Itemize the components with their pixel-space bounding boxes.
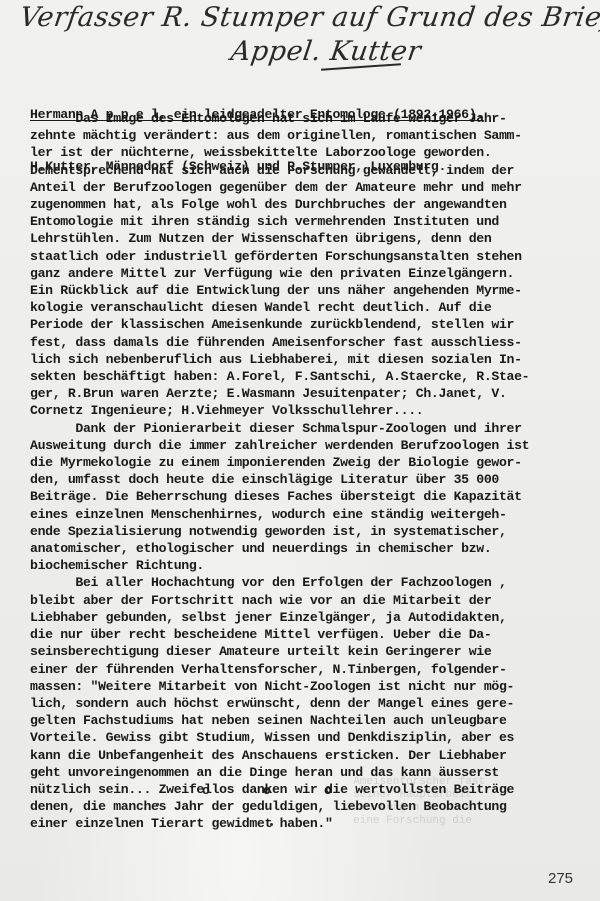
text-line: lich sich nebenberuflich aus Liebhaberei… (30, 351, 529, 368)
text-line: kologie veranschaulicht diesen Wandel re… (30, 299, 529, 316)
text-line: bleibt aber der Fortschritt nach wie vor… (30, 592, 529, 609)
text-line: Cornetz Ingenieure; H.Viehmeyer Volkssch… (30, 402, 529, 419)
text-line: Entomologie mit ihren ständig sich verme… (30, 213, 529, 230)
text-line: Lehrstühlen. Zum Nutzen der Wissenschaft… (30, 230, 529, 247)
paragraph: Dank der Pionierarbeit dieser Schmalspur… (30, 420, 529, 575)
text-line: Ausweitung durch die immer zahlreicher w… (30, 437, 529, 454)
text-line: lich, sondern auch höchst erwünscht, den… (30, 695, 529, 712)
text-line: Periode der klassischen Ameisenkunde zur… (30, 316, 529, 333)
text-line: Vorteile. Gewiss gibt Studium, Wissen un… (30, 729, 529, 746)
text-line: die Myrmekologie zu einem imponierenden … (30, 454, 529, 471)
text-line: Anteil der Berufzoologen gegenüber dem d… (30, 179, 529, 196)
text-line: zehnte mächtig verändert: aus dem origin… (30, 127, 529, 144)
text-line: Liebhaber gebunden, selbst jener Einzelg… (30, 609, 529, 626)
text-line: einer der führenden Verhaltensforscher, … (30, 661, 529, 678)
text-line: seinsberechtigung dieser Amateure urteil… (30, 643, 529, 660)
text-line: Dementsprechend hat sich auch die Forsch… (30, 162, 529, 179)
text-line: gelten Fachstudiums hat neben seinen Nac… (30, 712, 529, 729)
ink-speck (156, 803, 159, 806)
text-line: die nur über recht bescheidene Mittel ve… (30, 626, 529, 643)
text-line: ler ist der nüchterne, weissbekittelte L… (30, 144, 529, 161)
page-number: 275 (548, 870, 573, 887)
handwritten-note-line-1: Verfasser R. Stumper auf Grund des Brief… (18, 2, 600, 34)
text-line: anatomischer, ethologischer und neuerdin… (30, 540, 529, 557)
text-line: ger, R.Brun waren Aerzte; E.Wasmann Jesu… (30, 385, 529, 402)
text-line: ende Spezialisierung notwendig geworden … (30, 523, 529, 540)
bleed-through-text: Ameisenforscher fast seiner Hauptarbeit … (340, 776, 485, 828)
text-line: Dank der Pionierarbeit dieser Schmalspur… (30, 420, 529, 437)
text-line: Bei aller Hochachtung vor den Erfolgen d… (30, 574, 529, 591)
text-line: staatlich oder industriell geförderten F… (30, 248, 529, 265)
paragraph: Das Image des Entomologen hat sich im La… (30, 110, 529, 420)
separator-mark: o (202, 783, 210, 798)
text-line: ganz andere Mittel zur Verfügung wie den… (30, 265, 529, 282)
text-line: eines einzelnen Menschenhirnes, wodurch … (30, 506, 529, 523)
text-line: biochemischer Richtung. (30, 557, 529, 574)
separator-mark: o (324, 783, 332, 798)
scanned-page: Verfasser R. Stumper auf Grund des Brief… (0, 0, 600, 901)
text-line: Das Image des Entomologen hat sich im La… (30, 110, 529, 127)
separator-mark: o (263, 783, 271, 798)
text-line: kann die Unbefangenheit des Anschauens e… (30, 747, 529, 764)
text-line: massen: "Weitere Mitarbeit von Nicht-Zoo… (30, 678, 529, 695)
section-separator: o o o (30, 783, 570, 823)
text-line: Beiträge. Die Beherrschung dieses Faches… (30, 488, 529, 505)
ink-speck (270, 823, 273, 826)
article-body: Das Image des Entomologen hat sich im La… (30, 110, 529, 833)
text-line: sekten beschäftigt haben: A.Forel, F.San… (30, 368, 529, 385)
text-line: Ein Rückblick auf die Entwicklung der un… (30, 282, 529, 299)
text-line: zugenommen hat, als Folge wohl des Durch… (30, 196, 529, 213)
text-line: den, umfasst doch heute die einschlägige… (30, 471, 529, 488)
text-line: fest, dass damals die führenden Ameisenf… (30, 334, 529, 351)
